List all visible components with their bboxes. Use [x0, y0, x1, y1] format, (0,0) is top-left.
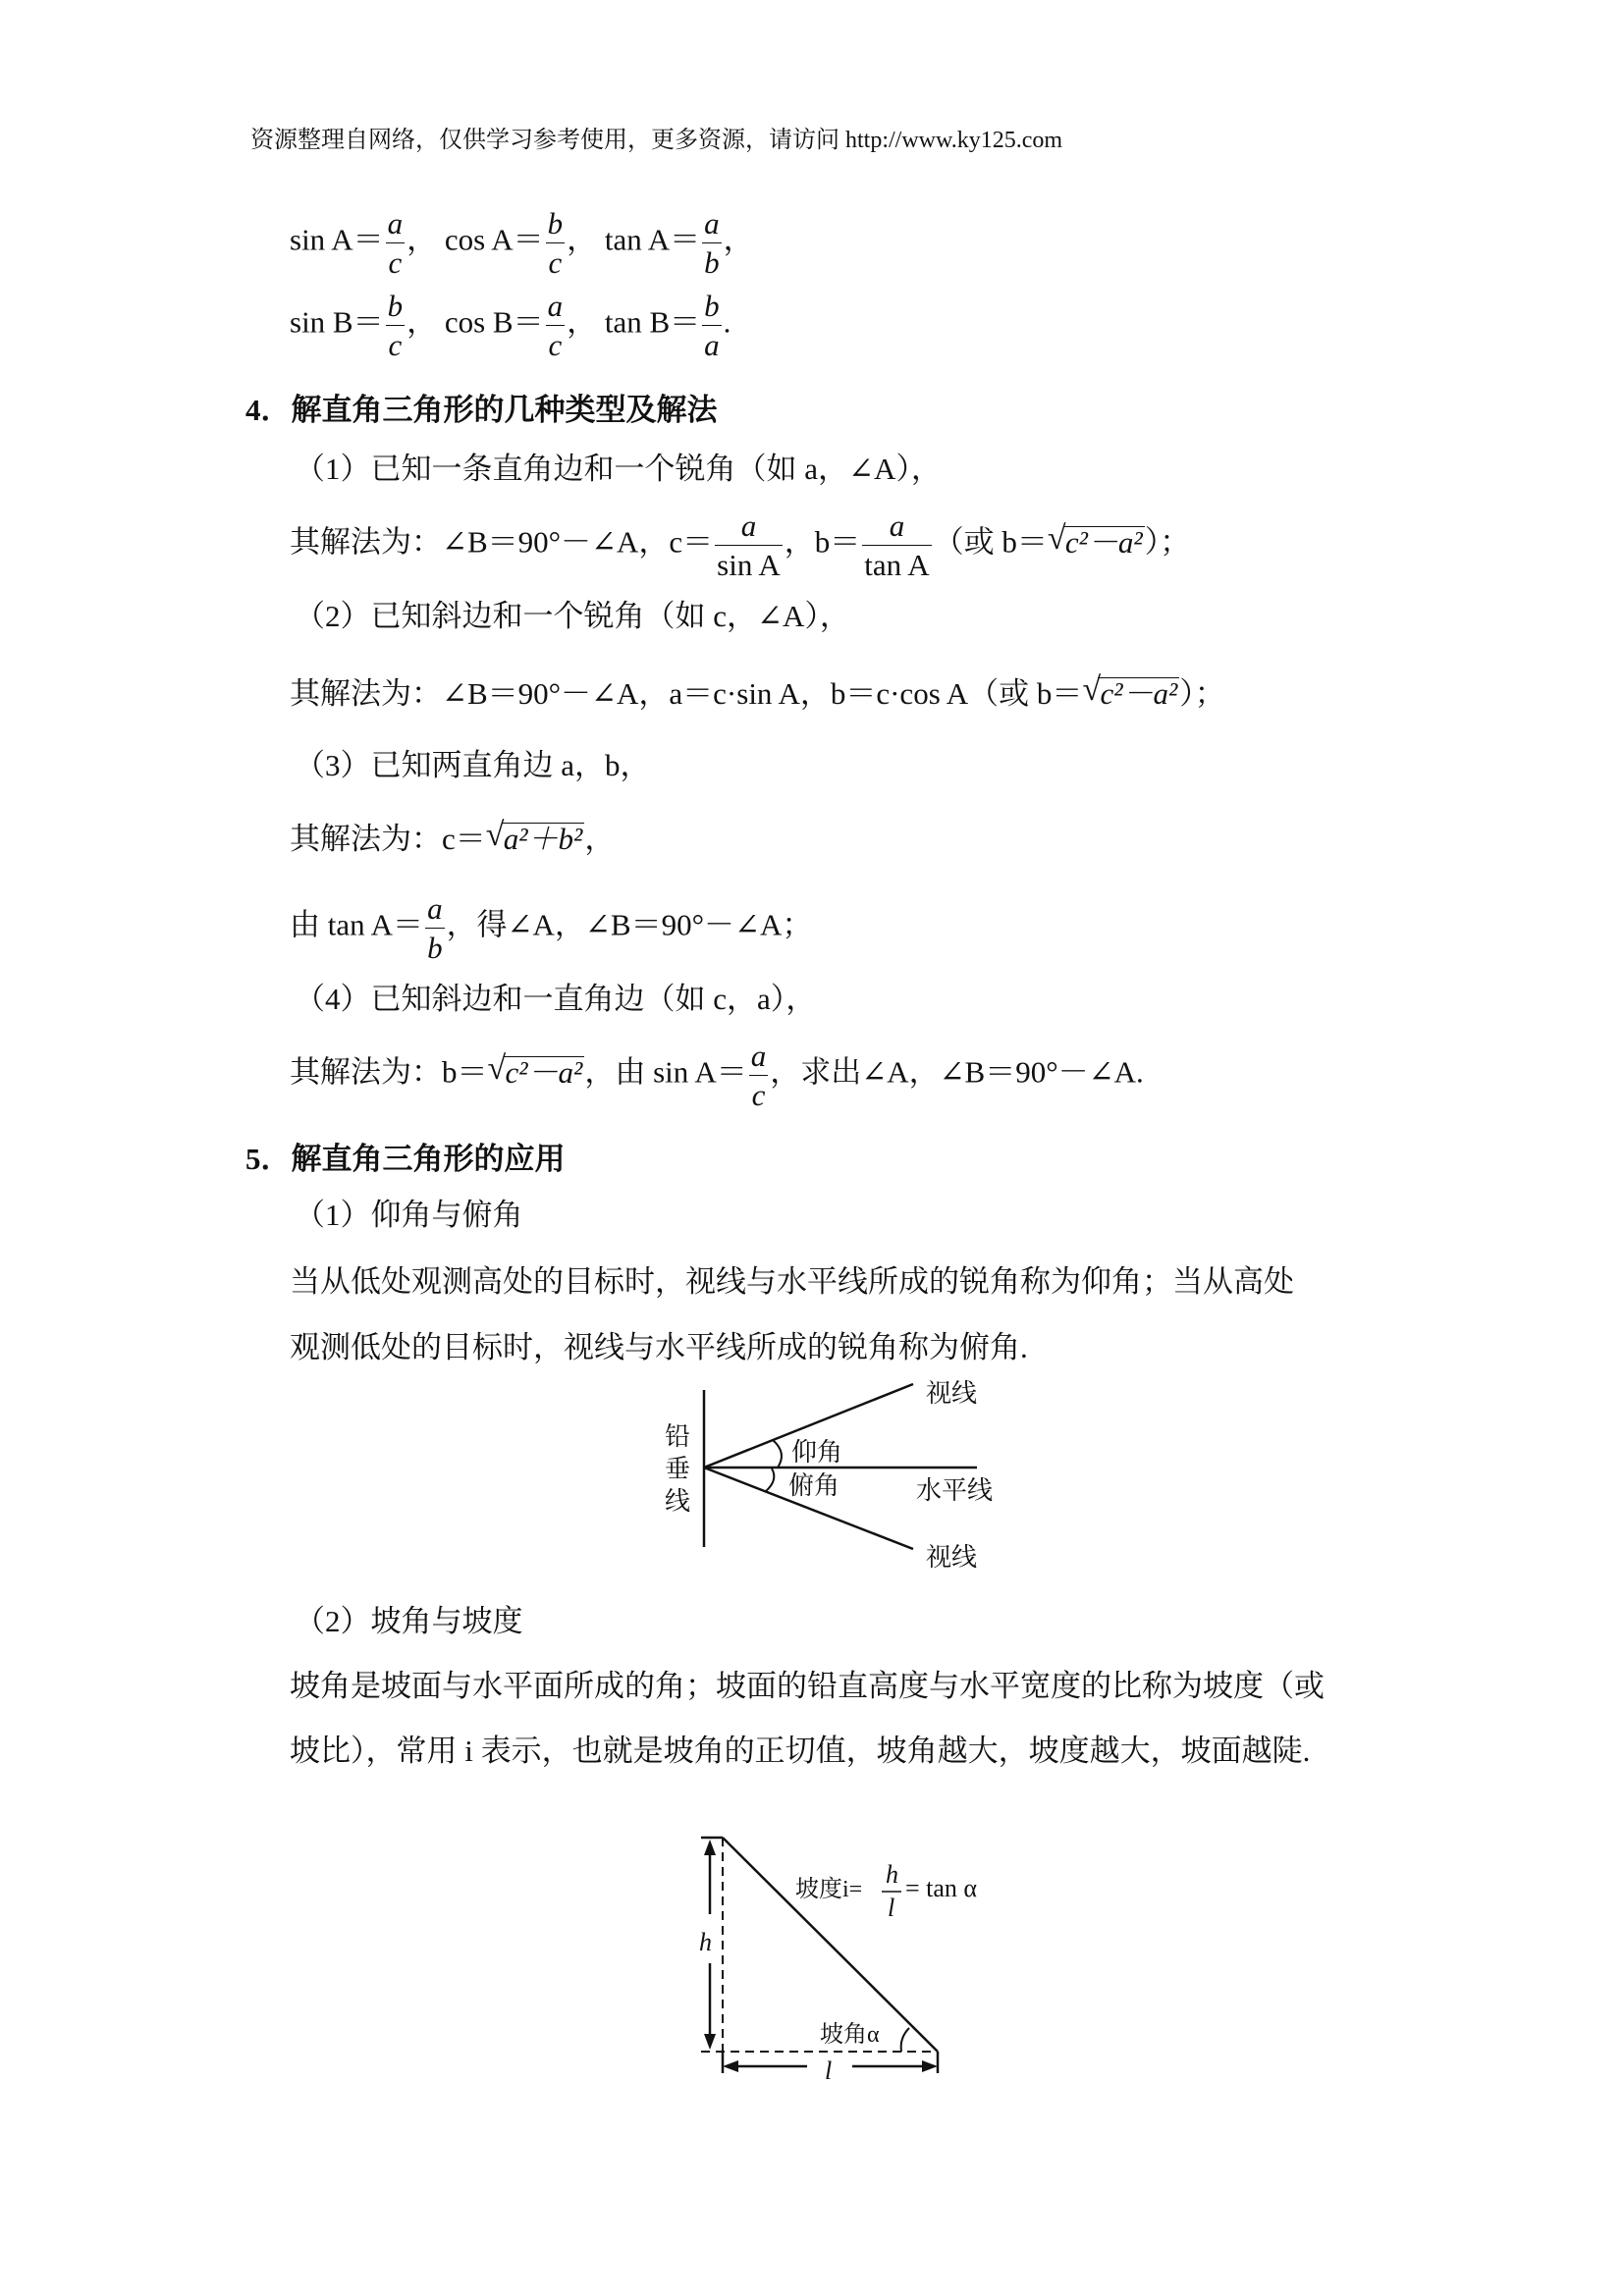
case-2-label: （2）已知斜边和一个锐角（如 c，∠A）， [295, 601, 850, 631]
section-4-title: 4．解直角三角形的几种类型及解法 [245, 385, 718, 429]
fraction: atan A [862, 510, 931, 580]
fraction: ac [386, 208, 406, 278]
sub-2-label: （2）坡角与坡度 [295, 1606, 523, 1636]
square-root: √a²＋b² [486, 823, 585, 854]
vertical-label-3: 线 [665, 1487, 690, 1516]
case-3-solution: 其解法为：c＝√a²＋b²， [290, 823, 615, 854]
fraction: asin A [715, 510, 783, 580]
case-1-label: （1）已知一条直角边和一个锐角（如 a，∠A）， [295, 454, 942, 484]
slope-diagram: 坡度i= h l = tan α h l 坡角α [677, 1826, 1031, 2110]
formula-fn: tan A＝ [605, 223, 700, 257]
slope-denominator: l [888, 1894, 894, 1922]
fraction: bc [546, 208, 566, 278]
sub-2-para-2: 坡比），常用 i 表示，也就是坡角的正切值，坡角越大，坡度越大，坡面越陡. [290, 1735, 1310, 1766]
elevation-label: 仰角 [791, 1438, 842, 1467]
fraction: ab [702, 208, 722, 278]
square-root: √c²－a² [1048, 526, 1145, 558]
formula-fn: sin A＝ [290, 223, 384, 257]
formula-fn: cos B＝ [445, 305, 544, 340]
header-watermark: 资源整理自网络，仅供学习参考使用，更多资源，请访问 http://www.ky1… [250, 120, 1062, 154]
slope-numerator: h [886, 1860, 898, 1889]
vertical-label-1: 铅 [665, 1422, 690, 1451]
fraction: ac [546, 291, 566, 360]
formula-row-a: sin A＝ac， cos A＝bc， tan A＝ab， [290, 208, 754, 278]
formula-fn: sin B＝ [290, 305, 384, 340]
fraction: ac [749, 1041, 769, 1110]
slope-angle-label: 坡角α [820, 2021, 880, 2048]
upper-sight-label: 视线 [926, 1379, 977, 1408]
sub-2-para-1: 坡角是坡面与水平面所成的角；坡面的铅直高度与水平宽度的比称为坡度（或 [290, 1671, 1325, 1701]
fraction: bc [386, 291, 406, 360]
case-4-solution: 其解法为：b＝√c²－a²，由 sin A＝ac，求出∠A，∠B＝90°－∠A. [290, 1041, 1144, 1110]
depression-label: 俯角 [788, 1471, 839, 1500]
vertical-label-2: 垂 [665, 1455, 690, 1483]
slope-label: 坡度i= [795, 1876, 862, 1902]
fraction: ab [425, 893, 445, 963]
sub-1-para-1: 当从低处观测高处的目标时，视线与水平线所成的锐角称为仰角；当从高处 [290, 1266, 1294, 1297]
formula-fn: tan B＝ [605, 305, 700, 340]
lower-sight-label: 视线 [926, 1543, 977, 1572]
slope-tan: = tan α [905, 1874, 977, 1902]
height-label: h [699, 1928, 712, 1956]
sub-1-label: （1）仰角与俯角 [295, 1200, 523, 1230]
horizontal-label: 水平线 [916, 1476, 993, 1505]
square-root: √c²－a² [1082, 677, 1179, 709]
case-2-solution: 其解法为：∠B＝90°－∠A，a＝c·sin A，b＝c·cos A（或 b＝√… [290, 677, 1225, 709]
length-label: l [825, 2056, 832, 2085]
fraction: ba [702, 291, 722, 360]
case-3-angle: 由 tan A＝ab，得∠A，∠B＝90°－∠A； [290, 893, 812, 963]
case-1-solution: 其解法为：∠B＝90°－∠A，c＝asin A，b＝atan A（或 b＝√c²… [290, 510, 1190, 580]
case-3-label: （3）已知两直角边 a，b， [295, 750, 651, 780]
formula-row-b: sin B＝bc， cos B＝ac， tan B＝ba. [290, 291, 731, 360]
elevation-depression-diagram: 铅 垂 线 视线 仰角 俯角 水平线 视线 [648, 1374, 1041, 1590]
square-root: √c²－a² [488, 1056, 585, 1088]
case-4-label: （4）已知斜边和一直角边（如 c，a）， [295, 984, 816, 1014]
formula-fn: cos A＝ [445, 223, 544, 257]
sub-1-para-2: 观测低处的目标时，视线与水平线所成的锐角称为俯角. [290, 1332, 1028, 1362]
section-5-title: 5．解直角三角形的应用 [245, 1134, 566, 1178]
